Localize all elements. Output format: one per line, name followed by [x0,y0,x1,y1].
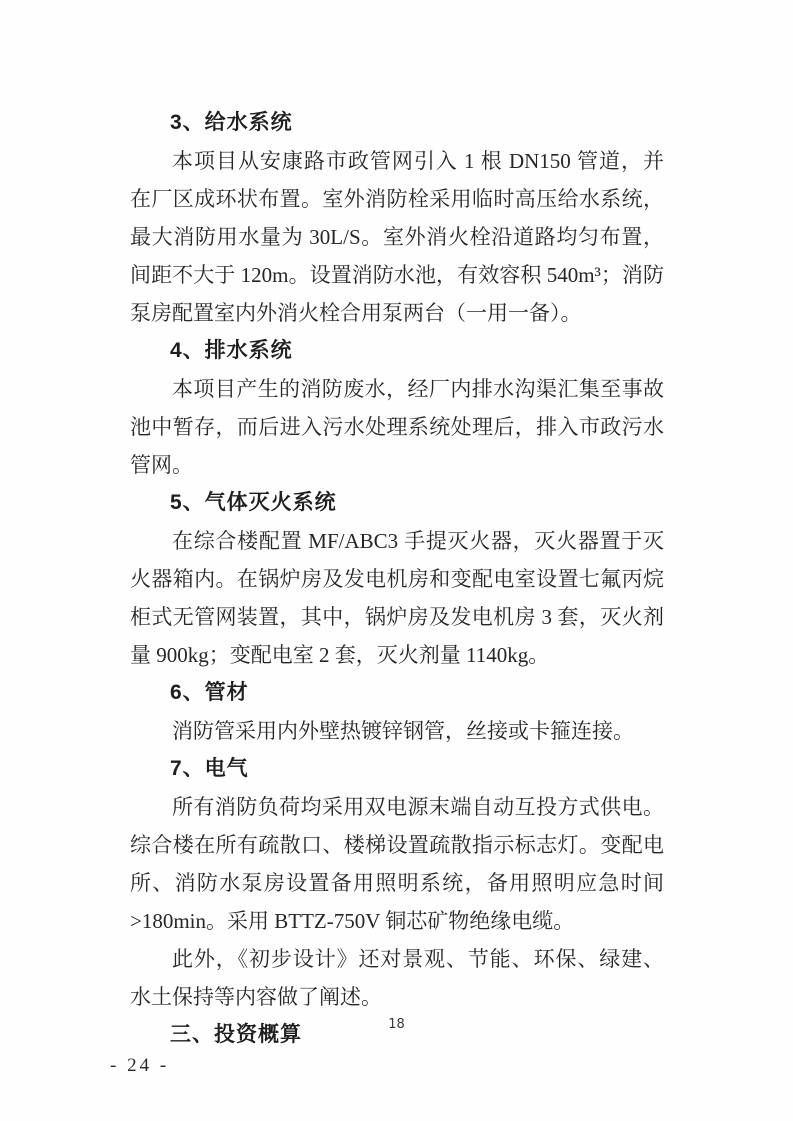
paragraph-additional-contents: 此外，《初步设计》还对景观、节能、环保、绿建、水土保持等内容做了阐述。 [130,940,664,1016]
section-heading-water-supply: 3、给水系统 [130,104,664,142]
page-number: - 24 - [110,1055,169,1077]
paragraph-electrical: 所有消防负荷均采用双电源末端自动互投方式供电。综合楼在所有疏散口、楼梯设置疏散指… [130,788,664,940]
paragraph-water-supply: 本项目从安康路市政管网引入 1 根 DN150 管道，并在厂区成环状布置。室外消… [130,142,664,332]
paragraph-gas-extinguishing: 在综合楼配置 MF/ABC3 手提灭火器，灭火器置于灭火器箱内。在锅炉房及发电机… [130,522,664,674]
paragraph-drainage: 本项目产生的消防废水，经厂内排水沟渠汇集至事故池中暂存，而后进入污水处理系统处理… [130,370,664,484]
sheet-number: 18 [0,1017,793,1032]
section-heading-gas-extinguishing: 5、气体灭火系统 [130,484,664,522]
section-heading-electrical: 7、电气 [130,750,664,788]
document-page: 3、给水系统 本项目从安康路市政管网引入 1 根 DN150 管道，并在厂区成环… [0,0,793,1121]
section-heading-drainage: 4、排水系统 [130,332,664,370]
paragraph-pipe-material: 消防管采用内外壁热镀锌钢管，丝接或卡箍连接。 [130,712,664,750]
document-content: 3、给水系统 本项目从安康路市政管网引入 1 根 DN150 管道，并在厂区成环… [130,104,664,1054]
section-heading-pipe-material: 6、管材 [130,674,664,712]
